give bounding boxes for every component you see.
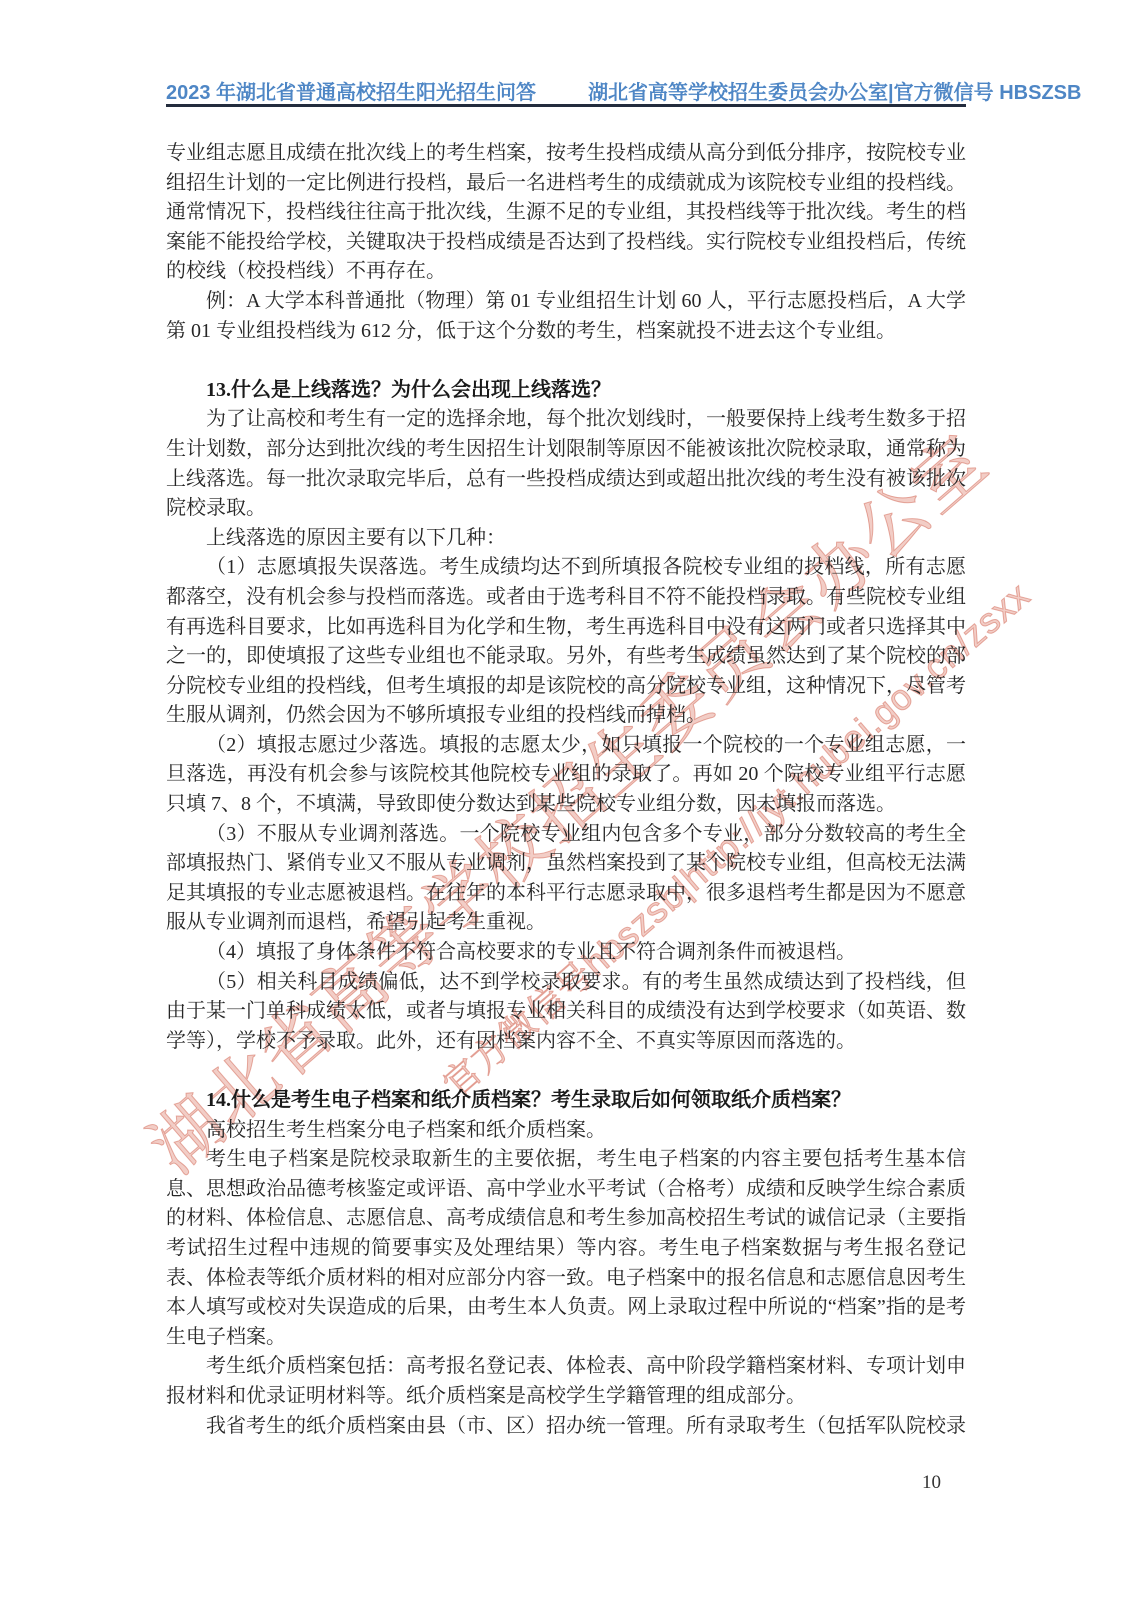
page-header: 2023 年湖北省普通高校招生阳光招生问答 湖北省高等学校招生委员会办公室|官方…	[166, 76, 966, 105]
paragraph: 我省考生的纸介质档案由县（市、区）招办统一管理。所有录取考生（包括军队院校录	[166, 1412, 966, 1442]
paragraph: （3）不服从专业调剂落选。一个院校专业组内包含多个专业，部分分数较高的考生全部填…	[166, 820, 966, 938]
paragraph: 考生电子档案是院校录取新生的主要依据，考生电子档案的内容主要包括考生基本信息、思…	[166, 1145, 966, 1352]
header-office: 湖北省高等学校招生委员会办公室|官方微信号 HBSZSB	[588, 76, 1081, 105]
header-divider	[166, 104, 966, 107]
paragraph: （4）填报了身体条件不符合高校要求的专业且不符合调剂条件而被退档。	[166, 938, 966, 968]
paragraph: 考生纸介质档案包括：高考报名登记表、体检表、高中阶段学籍档案材料、专项计划申报材…	[166, 1352, 966, 1411]
page-number: 10	[922, 1472, 941, 1494]
paragraph: （1）志愿填报失误落选。考生成绩均达不到所填报各院校专业组的投档线，所有志愿都落…	[166, 553, 966, 731]
paragraph: 上线落选的原因主要有以下几种：	[166, 524, 966, 554]
paragraph: （5）相关科目成绩偏低，达不到学校录取要求。有的考生虽然成绩达到了投档线，但由于…	[166, 968, 966, 1057]
question-heading: 14.什么是考生电子档案和纸介质档案？考生录取后如何领取纸介质档案？	[166, 1086, 966, 1116]
document-body: 专业组志愿且成绩在批次线上的考生档案，按考生投档成绩从高分到低分排序，按院校专业…	[166, 139, 966, 1441]
paragraph: 例：A 大学本科普通批（物理）第 01 专业组招生计划 60 人，平行志愿投档后…	[166, 287, 966, 346]
paragraph: （2）填报志愿过少落选。填报的志愿太少，如只填报一个院校的一个专业组志愿，一旦落…	[166, 731, 966, 820]
paragraph: 为了让高校和考生有一定的选择余地，每个批次划线时，一般要保持上线考生数多于招生计…	[166, 405, 966, 523]
question-heading: 13.什么是上线落选？为什么会出现上线落选？	[166, 376, 966, 406]
header-title: 2023 年湖北省普通高校招生阳光招生问答	[166, 76, 536, 105]
paragraph: 高校招生考生档案分电子档案和纸介质档案。	[166, 1116, 966, 1146]
paragraph: 专业组志愿且成绩在批次线上的考生档案，按考生投档成绩从高分到低分排序，按院校专业…	[166, 139, 966, 287]
